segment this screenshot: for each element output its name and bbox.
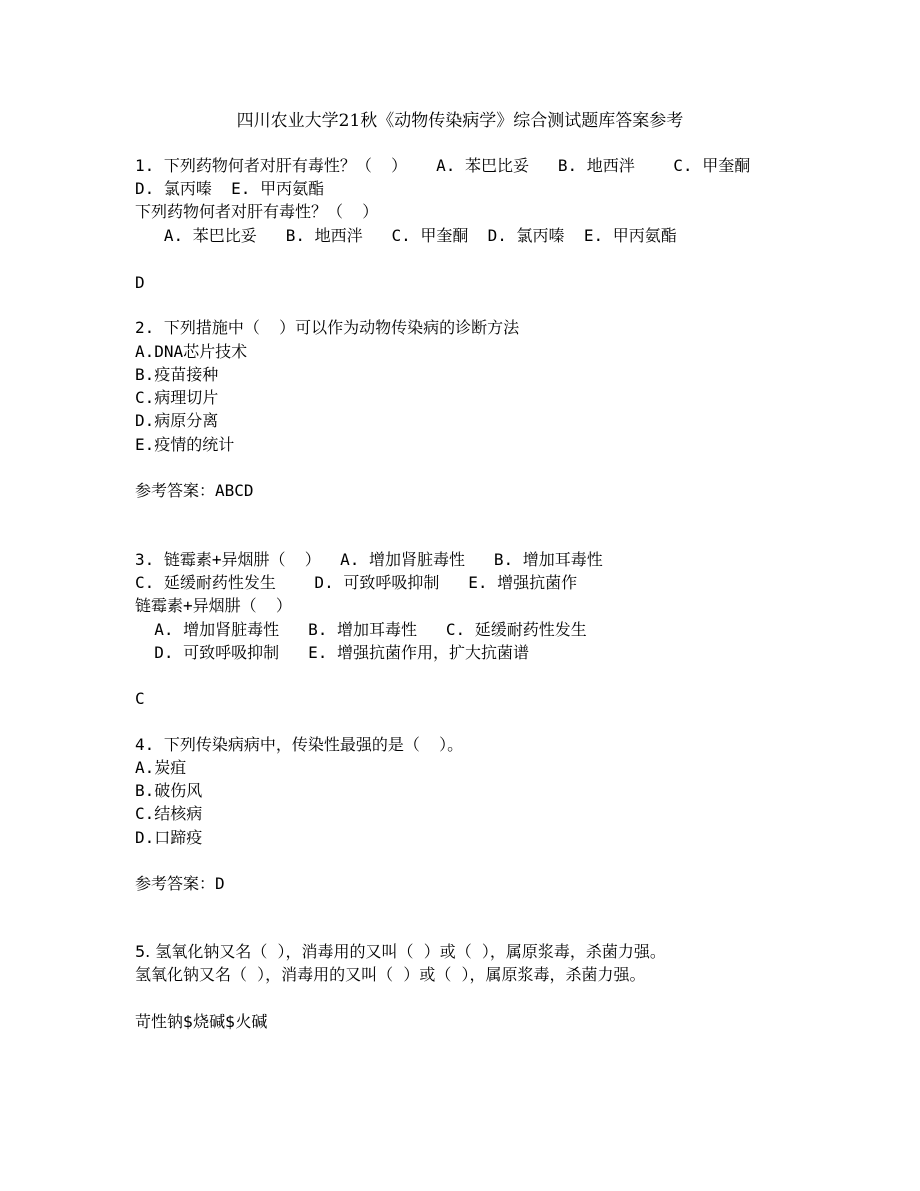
q3-line-3: 链霉素+异烟肼（ ）	[135, 595, 292, 617]
q5-line-2: 氢氧化钠又名（ ），消毒用的又叫（ ）或（ ），属原浆毒，杀菌力强。	[135, 964, 646, 986]
q2-option-e: E.疫情的统计	[135, 434, 234, 456]
q4-answer: 参考答案：D	[135, 873, 225, 895]
q2-option-a: A.DNA芯片技术	[135, 341, 247, 363]
q1-line-2: D. 氯丙嗪 E. 甲丙氨酯	[135, 178, 324, 200]
q5-line-1: 5. 氢氧化钠又名（ ），消毒用的又叫（ ）或（ ），属原浆毒，杀菌力强。	[135, 941, 666, 963]
q3-line-1: 3. 链霉素+异烟肼（ ） A. 增加肾脏毒性 B. 增加耳毒性	[135, 549, 603, 571]
q1-line-3: 下列药物何者对肝有毒性？（ ）	[135, 201, 378, 223]
q2-option-c: C.病理切片	[135, 387, 218, 409]
q3-line-5: D. 可致呼吸抑制 E. 增强抗菌作用，扩大抗菌谱	[135, 642, 529, 664]
q2-option-d: D.病原分离	[135, 410, 218, 432]
q4-option-b: B.破伤风	[135, 780, 202, 802]
q5-answer: 苛性钠$烧碱$火碱	[135, 1011, 267, 1033]
q4-option-c: C.结核病	[135, 803, 202, 825]
document-title: 四川农业大学21秋《动物传染病学》综合测试题库答案参考	[0, 110, 920, 132]
q2-option-b: B.疫苗接种	[135, 364, 218, 386]
q4-line-1: 4. 下列传染病病中，传染性最强的是（ ）。	[135, 734, 463, 756]
q1-line-4: A. 苯巴比妥 B. 地西泮 C. 甲奎酮 D. 氯丙嗪 E. 甲丙氨酯	[135, 225, 677, 247]
q2-line-1: 2. 下列措施中（ ）可以作为动物传染病的诊断方法	[135, 317, 519, 339]
q1-line-1: 1. 下列药物何者对肝有毒性？（ ） A. 苯巴比妥 B. 地西泮 C. 甲奎酮	[135, 155, 750, 177]
document-page: 四川农业大学21秋《动物传染病学》综合测试题库答案参考 1. 下列药物何者对肝有…	[0, 0, 920, 1191]
q4-option-a: A.炭疽	[135, 757, 186, 779]
q3-line-4: A. 增加肾脏毒性 B. 增加耳毒性 C. 延缓耐药性发生	[135, 619, 587, 641]
q4-option-d: D.口蹄疫	[135, 827, 202, 849]
q2-answer: 参考答案：ABCD	[135, 480, 254, 502]
q3-line-2: C. 延缓耐药性发生 D. 可致呼吸抑制 E. 增强抗菌作	[135, 572, 577, 594]
q3-answer: C	[135, 688, 145, 710]
q1-answer: D	[135, 272, 145, 294]
